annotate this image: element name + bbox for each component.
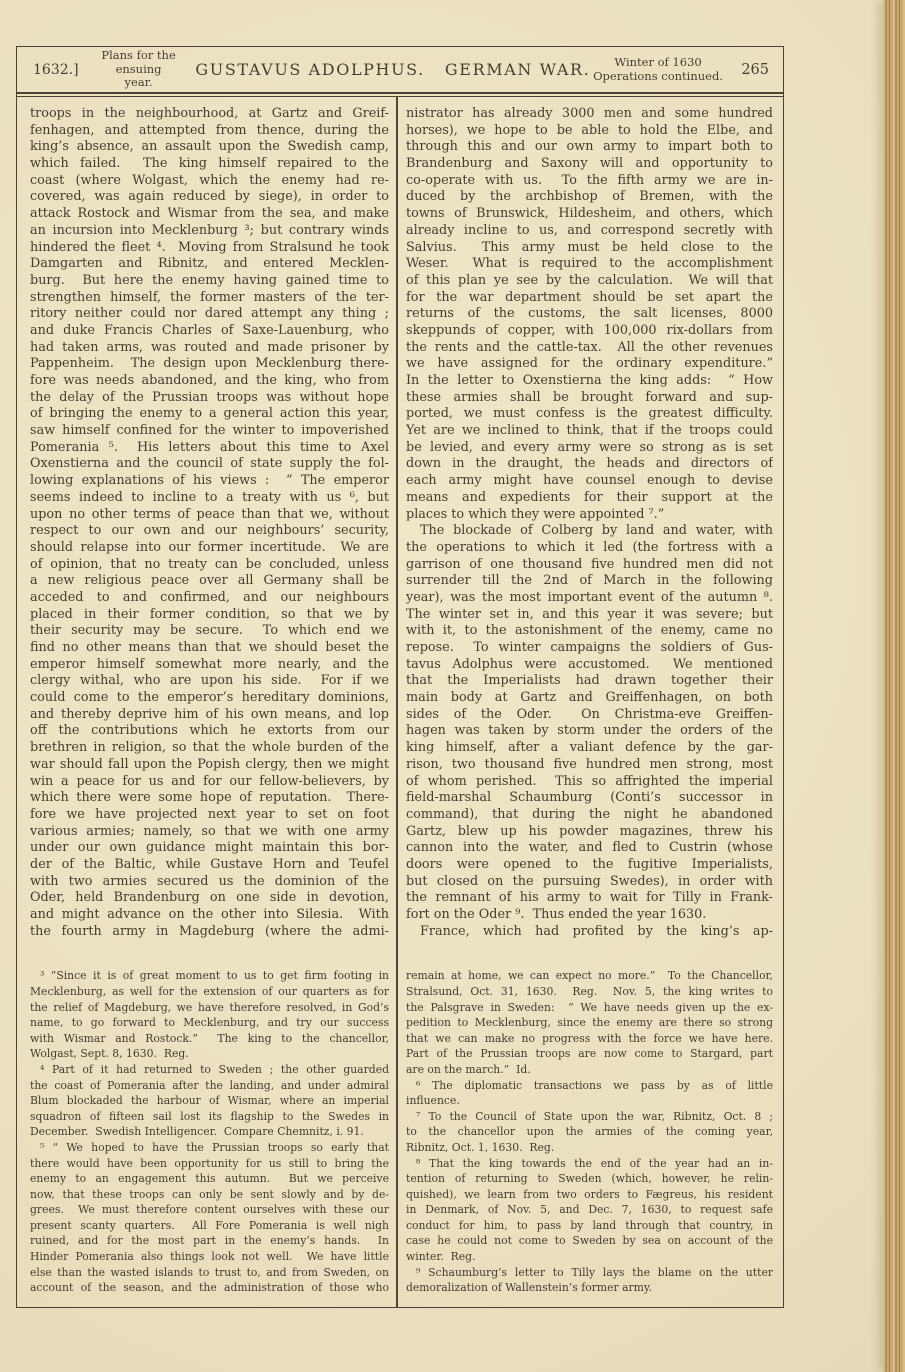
- text-line: sides of the Oder. On Christma-eve Greif…: [406, 707, 773, 724]
- column-right: nistrator has already 3000 men and some …: [398, 97, 783, 1307]
- main-text-left: troops in the neighbourhood, at Gartz an…: [30, 106, 389, 940]
- text-line: fore was needs abandoned, and the king, …: [30, 373, 389, 390]
- text-line: a new religious peace over all Germany s…: [30, 573, 389, 590]
- text-line: grees. We must therefore content ourselv…: [30, 1202, 389, 1218]
- text-line: be levied, and every army were so strong…: [406, 440, 773, 457]
- text-line: tention of returning to Sweden (which, h…: [406, 1171, 773, 1187]
- text-line: Pomerania ⁵. His letters about this time…: [30, 440, 389, 457]
- text-line: Yet are we inclined to think, that if th…: [406, 423, 773, 440]
- text-line: Oxenstierna and the council of state sup…: [30, 456, 389, 473]
- text-line: ruined, and for the most part in the ene…: [30, 1233, 389, 1249]
- text-line: and might advance on the other into Sile…: [30, 907, 389, 924]
- text-line: had taken arms, was routed and made pris…: [30, 340, 389, 357]
- text-line: Pappenheim. The design upon Mecklenburg …: [30, 356, 389, 373]
- text-line: strengthen himself, the former masters o…: [30, 290, 389, 307]
- text-line: respect to our own and our neighbours’ s…: [30, 523, 389, 540]
- book-edge: [883, 0, 905, 1372]
- text-line: Oder, held Brandenburg on one side in de…: [30, 890, 389, 907]
- text-line: there would have been opportunity for us…: [30, 1156, 389, 1172]
- text-line: of this plan ye see by the calculation. …: [406, 273, 773, 290]
- text-line: Mecklenburg, as well for the extension o…: [30, 984, 389, 1000]
- text-line: ⁵ “ We hoped to have the Prussian troops…: [30, 1140, 389, 1156]
- text-line: king himself, after a valiant defence by…: [406, 740, 773, 757]
- text-line: which there were some hope of reputation…: [30, 790, 389, 807]
- text-line: that the Imperialists had drawn together…: [406, 673, 773, 690]
- text-line: are on the march.” Id.: [406, 1062, 773, 1078]
- text-line: emperor himself somewhat more nearly, an…: [30, 657, 389, 674]
- text-line: account of the season, and the administr…: [30, 1280, 389, 1296]
- text-line: surrender till the 2nd of March in the f…: [406, 573, 773, 590]
- main-text-right: nistrator has already 3000 men and some …: [406, 106, 773, 940]
- running-head-right-line2: Operations continued.: [590, 70, 725, 84]
- text-line: command), that during the night he aband…: [406, 807, 773, 824]
- text-line: Blum blockaded the harbour of Wismar, wh…: [30, 1093, 389, 1109]
- text-line: fort on the Oder ⁹. Thus ended the year …: [406, 907, 773, 924]
- text-line: doors were opened to the fugitive Imperi…: [406, 857, 773, 874]
- text-line: troops in the neighbourhood, at Gartz an…: [30, 106, 389, 123]
- text-line: Weser. What is required to the accomplis…: [406, 256, 773, 273]
- column-left: troops in the neighbourhood, at Gartz an…: [17, 97, 396, 1307]
- text-line: their security may be secure. To which e…: [30, 623, 389, 640]
- text-line: Gartz, blew up his powder magazines, thr…: [406, 824, 773, 841]
- text-line: field-marshal Schaumburg (Conti’s succes…: [406, 790, 773, 807]
- text-line: influence.: [406, 1093, 773, 1109]
- text-line: for the war department should be set apa…: [406, 290, 773, 307]
- text-line: der of the Baltic, while Gustave Horn an…: [30, 857, 389, 874]
- text-line: year), was the most important event of t…: [406, 590, 773, 607]
- page-header: 1632.] Plans for the ensuing year. GUSTA…: [17, 47, 783, 94]
- text-line: with it, to the astonishment of the enem…: [406, 623, 773, 640]
- text-line: horses), we hope to be able to hold the …: [406, 123, 773, 140]
- text-line: saw himself confined for the winter to i…: [30, 423, 389, 440]
- running-head-left-line1: Plans for the ensuing: [82, 49, 196, 76]
- text-line: cannon into the water, and fled to Custr…: [406, 840, 773, 857]
- text-line: but closed on the pursuing Swedes), in o…: [406, 874, 773, 891]
- text-line: of opinion, that no treaty can be conclu…: [30, 557, 389, 574]
- text-line: under our own guidance might maintain th…: [30, 840, 389, 857]
- text-line: Hinder Pomerania also things look not we…: [30, 1249, 389, 1265]
- text-line: remain at home, we can expect no more.” …: [406, 968, 773, 984]
- text-line: The blockade of Colberg by land and wate…: [406, 523, 773, 540]
- running-head-left-line2: year.: [82, 76, 196, 90]
- text-line: find no other means than that we should …: [30, 640, 389, 657]
- text-line: ⁹ Schaumburg’s letter to Tilly lays the …: [406, 1265, 773, 1281]
- text-line: ³ “Since it is of great moment to us to …: [30, 968, 389, 984]
- text-line: ⁶ The diplomatic transactions we pass by…: [406, 1078, 773, 1094]
- page-title: GUSTAVUS ADOLPHUS. GERMAN WAR.: [195, 60, 590, 79]
- text-line: which failed. The king himself repaired …: [30, 156, 389, 173]
- text-line: and thereby deprive him of his own means…: [30, 707, 389, 724]
- text-line: acceded to and confirmed, and our neighb…: [30, 590, 389, 607]
- text-line: present scanty quarters. All Fore Pomera…: [30, 1218, 389, 1234]
- text-line: of bringing the enemy to a general actio…: [30, 406, 389, 423]
- text-line: tavus Adolphus were accustomed. We menti…: [406, 657, 773, 674]
- text-line: co-operate with us. To the fifth army we…: [406, 173, 773, 190]
- text-line: winter. Reg.: [406, 1249, 773, 1265]
- text-line: Wolgast, Sept. 8, 1630. Reg.: [30, 1046, 389, 1062]
- text-line: places to which they were appointed ⁷.”: [406, 507, 773, 524]
- text-line: coast (where Wolgast, which the enemy ha…: [30, 173, 389, 190]
- text-line: burg. But here the enemy having gained t…: [30, 273, 389, 290]
- year-label: 1632.]: [33, 62, 82, 78]
- text-line: now, that these troops can only be sent …: [30, 1187, 389, 1203]
- text-line: In the letter to Oxenstierna the king ad…: [406, 373, 773, 390]
- text-line: to the chancellor upon the armies of the…: [406, 1124, 773, 1140]
- text-line: and duke Francis Charles of Saxe-Lauenbu…: [30, 323, 389, 340]
- text-line: Damgarten and Ribnitz, and entered Meckl…: [30, 256, 389, 273]
- text-line: rison, two thousand five hundred men str…: [406, 757, 773, 774]
- text-line: else than the wasted islands to trust to…: [30, 1265, 389, 1281]
- text-line: the coast of Pomerania after the landing…: [30, 1078, 389, 1094]
- text-line: attack Rostock and Wismar from the sea, …: [30, 206, 389, 223]
- running-head-right-line1: Winter of 1630: [590, 56, 725, 70]
- text-line: hagen was taken by storm under the order…: [406, 723, 773, 740]
- text-line: king’s absence, an assault upon the Swed…: [30, 139, 389, 156]
- text-line: case he could not come to Sweden by sea …: [406, 1233, 773, 1249]
- text-line: fenhagen, and attempted from thence, dur…: [30, 123, 389, 140]
- text-line: ⁸ That the king towards the end of the y…: [406, 1156, 773, 1172]
- text-line: ported, we must confess is the greatest …: [406, 406, 773, 423]
- text-line: Brandenburg and Saxony will and opportun…: [406, 156, 773, 173]
- text-line: the operations to which it led (the fort…: [406, 540, 773, 557]
- text-line: that we can make no progress with the fo…: [406, 1031, 773, 1047]
- text-line: conduct for him, to pass by land through…: [406, 1218, 773, 1234]
- text-line: skeppunds of copper, with 100,000 rix-do…: [406, 323, 773, 340]
- text-line: means and expedients for their support a…: [406, 490, 773, 507]
- page-number: 265: [726, 62, 775, 78]
- text-line: ritory neither could nor dared attempt a…: [30, 306, 389, 323]
- text-line: fore we have projected next year to set …: [30, 807, 389, 824]
- text-line: covered, was again reduced by siege), in…: [30, 189, 389, 206]
- text-line: in Denmark, of Nov. 5, and Dec. 7, 1630,…: [406, 1202, 773, 1218]
- text-line: already incline to us, and correspond se…: [406, 223, 773, 240]
- text-line: towns of Brunswick, Hildesheim, and othe…: [406, 206, 773, 223]
- text-line: squadron of fifteen sail lost its flagsh…: [30, 1109, 389, 1125]
- text-line: down in the draught, the heads and direc…: [406, 456, 773, 473]
- footnotes-right: remain at home, we can expect no more.” …: [406, 968, 773, 1295]
- text-line: duced by the archbishop of Bremen, with …: [406, 189, 773, 206]
- text-line: the remnant of his army to wait for Till…: [406, 890, 773, 907]
- text-line: demoralization of Wallenstein’s former a…: [406, 1280, 773, 1296]
- text-line: The winter set in, and this year it was …: [406, 607, 773, 624]
- text-line: ⁴ Part of it had returned to Sweden ; th…: [30, 1062, 389, 1078]
- text-line: the Palsgrave in Sweden: “ We have needs…: [406, 1000, 773, 1016]
- text-line: we have assigned for the ordinary expend…: [406, 356, 773, 373]
- text-line: war should fall upon the Popish clergy, …: [30, 757, 389, 774]
- text-line: each army might have counsel enough to d…: [406, 473, 773, 490]
- text-line: nistrator has already 3000 men and some …: [406, 106, 773, 123]
- text-columns: troops in the neighbourhood, at Gartz an…: [17, 97, 783, 1307]
- text-line: Stralsund, Oct. 31, 1630. Reg. Nov. 5, t…: [406, 984, 773, 1000]
- text-line: of whom perished. This so affrighted the…: [406, 774, 773, 791]
- text-line: Salvius. This army must be held close to…: [406, 240, 773, 257]
- text-line: an incursion into Mecklenburg ³; but con…: [30, 223, 389, 240]
- text-line: Part of the Prussian troops are now come…: [406, 1046, 773, 1062]
- text-line: hindered the fleet ⁴. Moving from Strals…: [30, 240, 389, 257]
- text-line: returns of the customs, the salt license…: [406, 306, 773, 323]
- text-line: December. Swedish Intelligencer. Compare…: [30, 1124, 389, 1140]
- text-line: through this and our own army to impart …: [406, 139, 773, 156]
- text-line: the delay of the Prussian troops was wit…: [30, 390, 389, 407]
- text-line: garrison of one thousand five hundred me…: [406, 557, 773, 574]
- text-line: quished), we learn from two orders to Fæ…: [406, 1187, 773, 1203]
- text-line: could come to the emperor’s hereditary d…: [30, 690, 389, 707]
- text-line: lowing explanations of his views : “ The…: [30, 473, 389, 490]
- page-frame: 1632.] Plans for the ensuing year. GUSTA…: [16, 46, 784, 1308]
- text-line: brethren in religion, so that the whole …: [30, 740, 389, 757]
- text-line: France, which had profited by the king’s…: [406, 924, 773, 941]
- text-line: main body at Gartz and Greiffenhagen, on…: [406, 690, 773, 707]
- text-line: placed in their former condition, so tha…: [30, 607, 389, 624]
- text-line: upon no other terms of peace than that w…: [30, 507, 389, 524]
- text-line: should relapse into our former incertitu…: [30, 540, 389, 557]
- text-line: the fourth army in Magdeburg (where the …: [30, 924, 389, 941]
- text-line: the relief of Magdeburg, we have therefo…: [30, 1000, 389, 1016]
- text-line: repose. To winter campaigns the soldiers…: [406, 640, 773, 657]
- text-line: Ribnitz, Oct. 1, 1630. Reg.: [406, 1140, 773, 1156]
- text-line: the rents and the cattle-tax. All the ot…: [406, 340, 773, 357]
- text-line: various armies; namely, so that we with …: [30, 824, 389, 841]
- text-line: with Wismar and Rostock.” The king to th…: [30, 1031, 389, 1047]
- running-head-left: Plans for the ensuing year.: [82, 49, 196, 90]
- text-line: pedition to Mecklenburg, since the enemy…: [406, 1015, 773, 1031]
- text-line: enemy to an engagement this autumn. But …: [30, 1171, 389, 1187]
- footnotes-left: ³ “Since it is of great moment to us to …: [30, 968, 389, 1295]
- text-line: clergy withal, who are upon his side. Fo…: [30, 673, 389, 690]
- text-line: ⁷ To the Council of State upon the war, …: [406, 1109, 773, 1125]
- page-background: 1632.] Plans for the ensuing year. GUSTA…: [0, 0, 905, 1372]
- text-line: off the contributions which he extorts f…: [30, 723, 389, 740]
- text-line: these armies shall be brought forward an…: [406, 390, 773, 407]
- text-line: win a peace for us and for our fellow-be…: [30, 774, 389, 791]
- text-line: seems indeed to incline to a treaty with…: [30, 490, 389, 507]
- text-line: name, to go forward to Mecklenburg, and …: [30, 1015, 389, 1031]
- running-head-right: Winter of 1630 Operations continued.: [590, 56, 725, 83]
- text-line: with two armies secured us the dominion …: [30, 874, 389, 891]
